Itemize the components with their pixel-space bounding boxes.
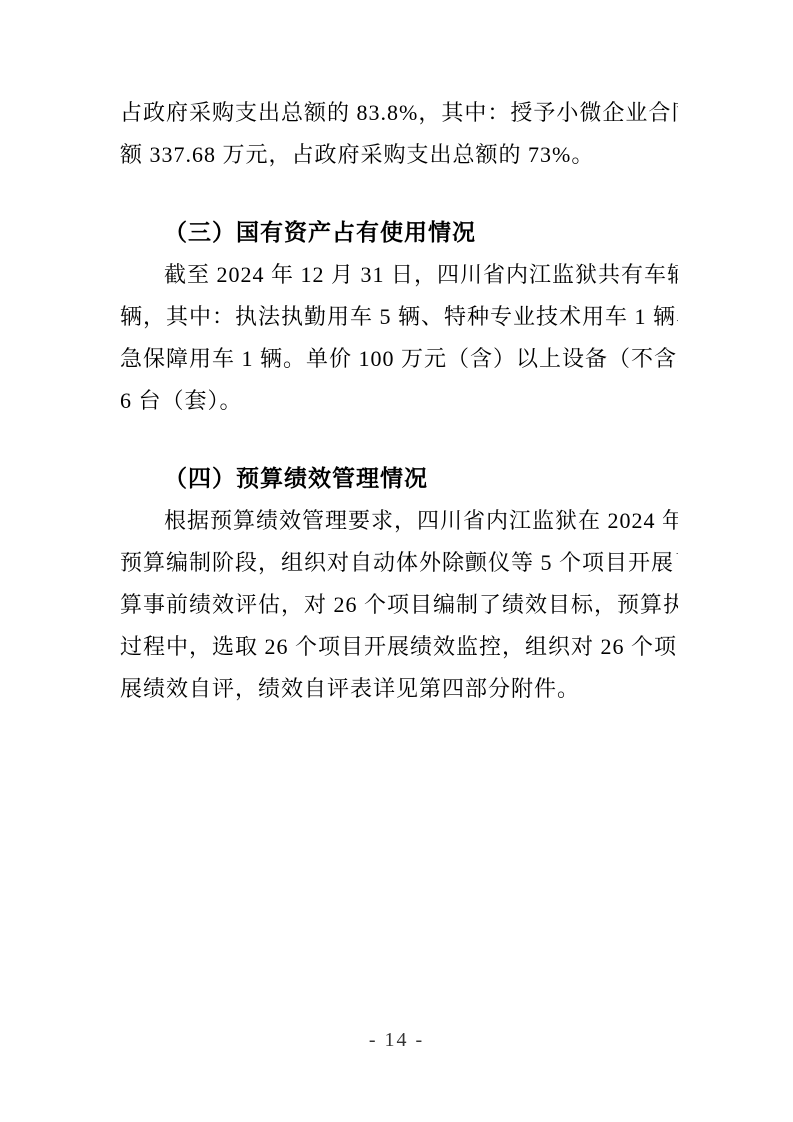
state-assets-paragraph: 截至 2024 年 12 月 31 日，四川省内江监狱共有车辆 8辆，其中：执法…	[120, 254, 678, 422]
text-line: 占政府采购支出总额的 83.8%，其中：授予小微企业合同金	[120, 92, 678, 134]
text-line: 过程中，选取 26 个项目开展绩效监控，组织对 26 个项目开	[120, 626, 678, 668]
section-heading-budget-performance: （四）预算绩效管理情况	[120, 458, 678, 500]
text-line: 辆，其中：执法执勤用车 5 辆、特种专业技术用车 1 辆、应	[120, 296, 678, 338]
text-line: 急保障用车 1 辆。单价 100 万元（含）以上设备（不含车辆）	[120, 338, 678, 380]
text-line: 额 337.68 万元，占政府采购支出总额的 73%。	[120, 134, 678, 176]
budget-performance-paragraph: 根据预算绩效管理要求，四川省内江监狱在 2024 年度预算编制阶段，组织对自动体…	[120, 500, 678, 710]
text-line: 根据预算绩效管理要求，四川省内江监狱在 2024 年度	[120, 500, 678, 542]
page-number: - 14 -	[0, 1025, 793, 1055]
document-content: 占政府采购支出总额的 83.8%，其中：授予小微企业合同金额 337.68 万元…	[120, 92, 678, 710]
text-line: 6 台（套）。	[120, 380, 678, 422]
text-line: 展绩效自评，绩效自评表详见第四部分附件。	[120, 668, 678, 710]
text-line: 算事前绩效评估，对 26 个项目编制了绩效目标，预算执行	[120, 584, 678, 626]
procurement-continuation-paragraph: 占政府采购支出总额的 83.8%，其中：授予小微企业合同金额 337.68 万元…	[120, 92, 678, 176]
section-heading-state-assets: （三）国有资产占有使用情况	[120, 212, 678, 254]
text-line: 预算编制阶段，组织对自动体外除颤仪等 5 个项目开展了预	[120, 542, 678, 584]
text-line: 截至 2024 年 12 月 31 日，四川省内江监狱共有车辆 8	[120, 254, 678, 296]
document-page: 占政府采购支出总额的 83.8%，其中：授予小微企业合同金额 337.68 万元…	[0, 0, 793, 1122]
